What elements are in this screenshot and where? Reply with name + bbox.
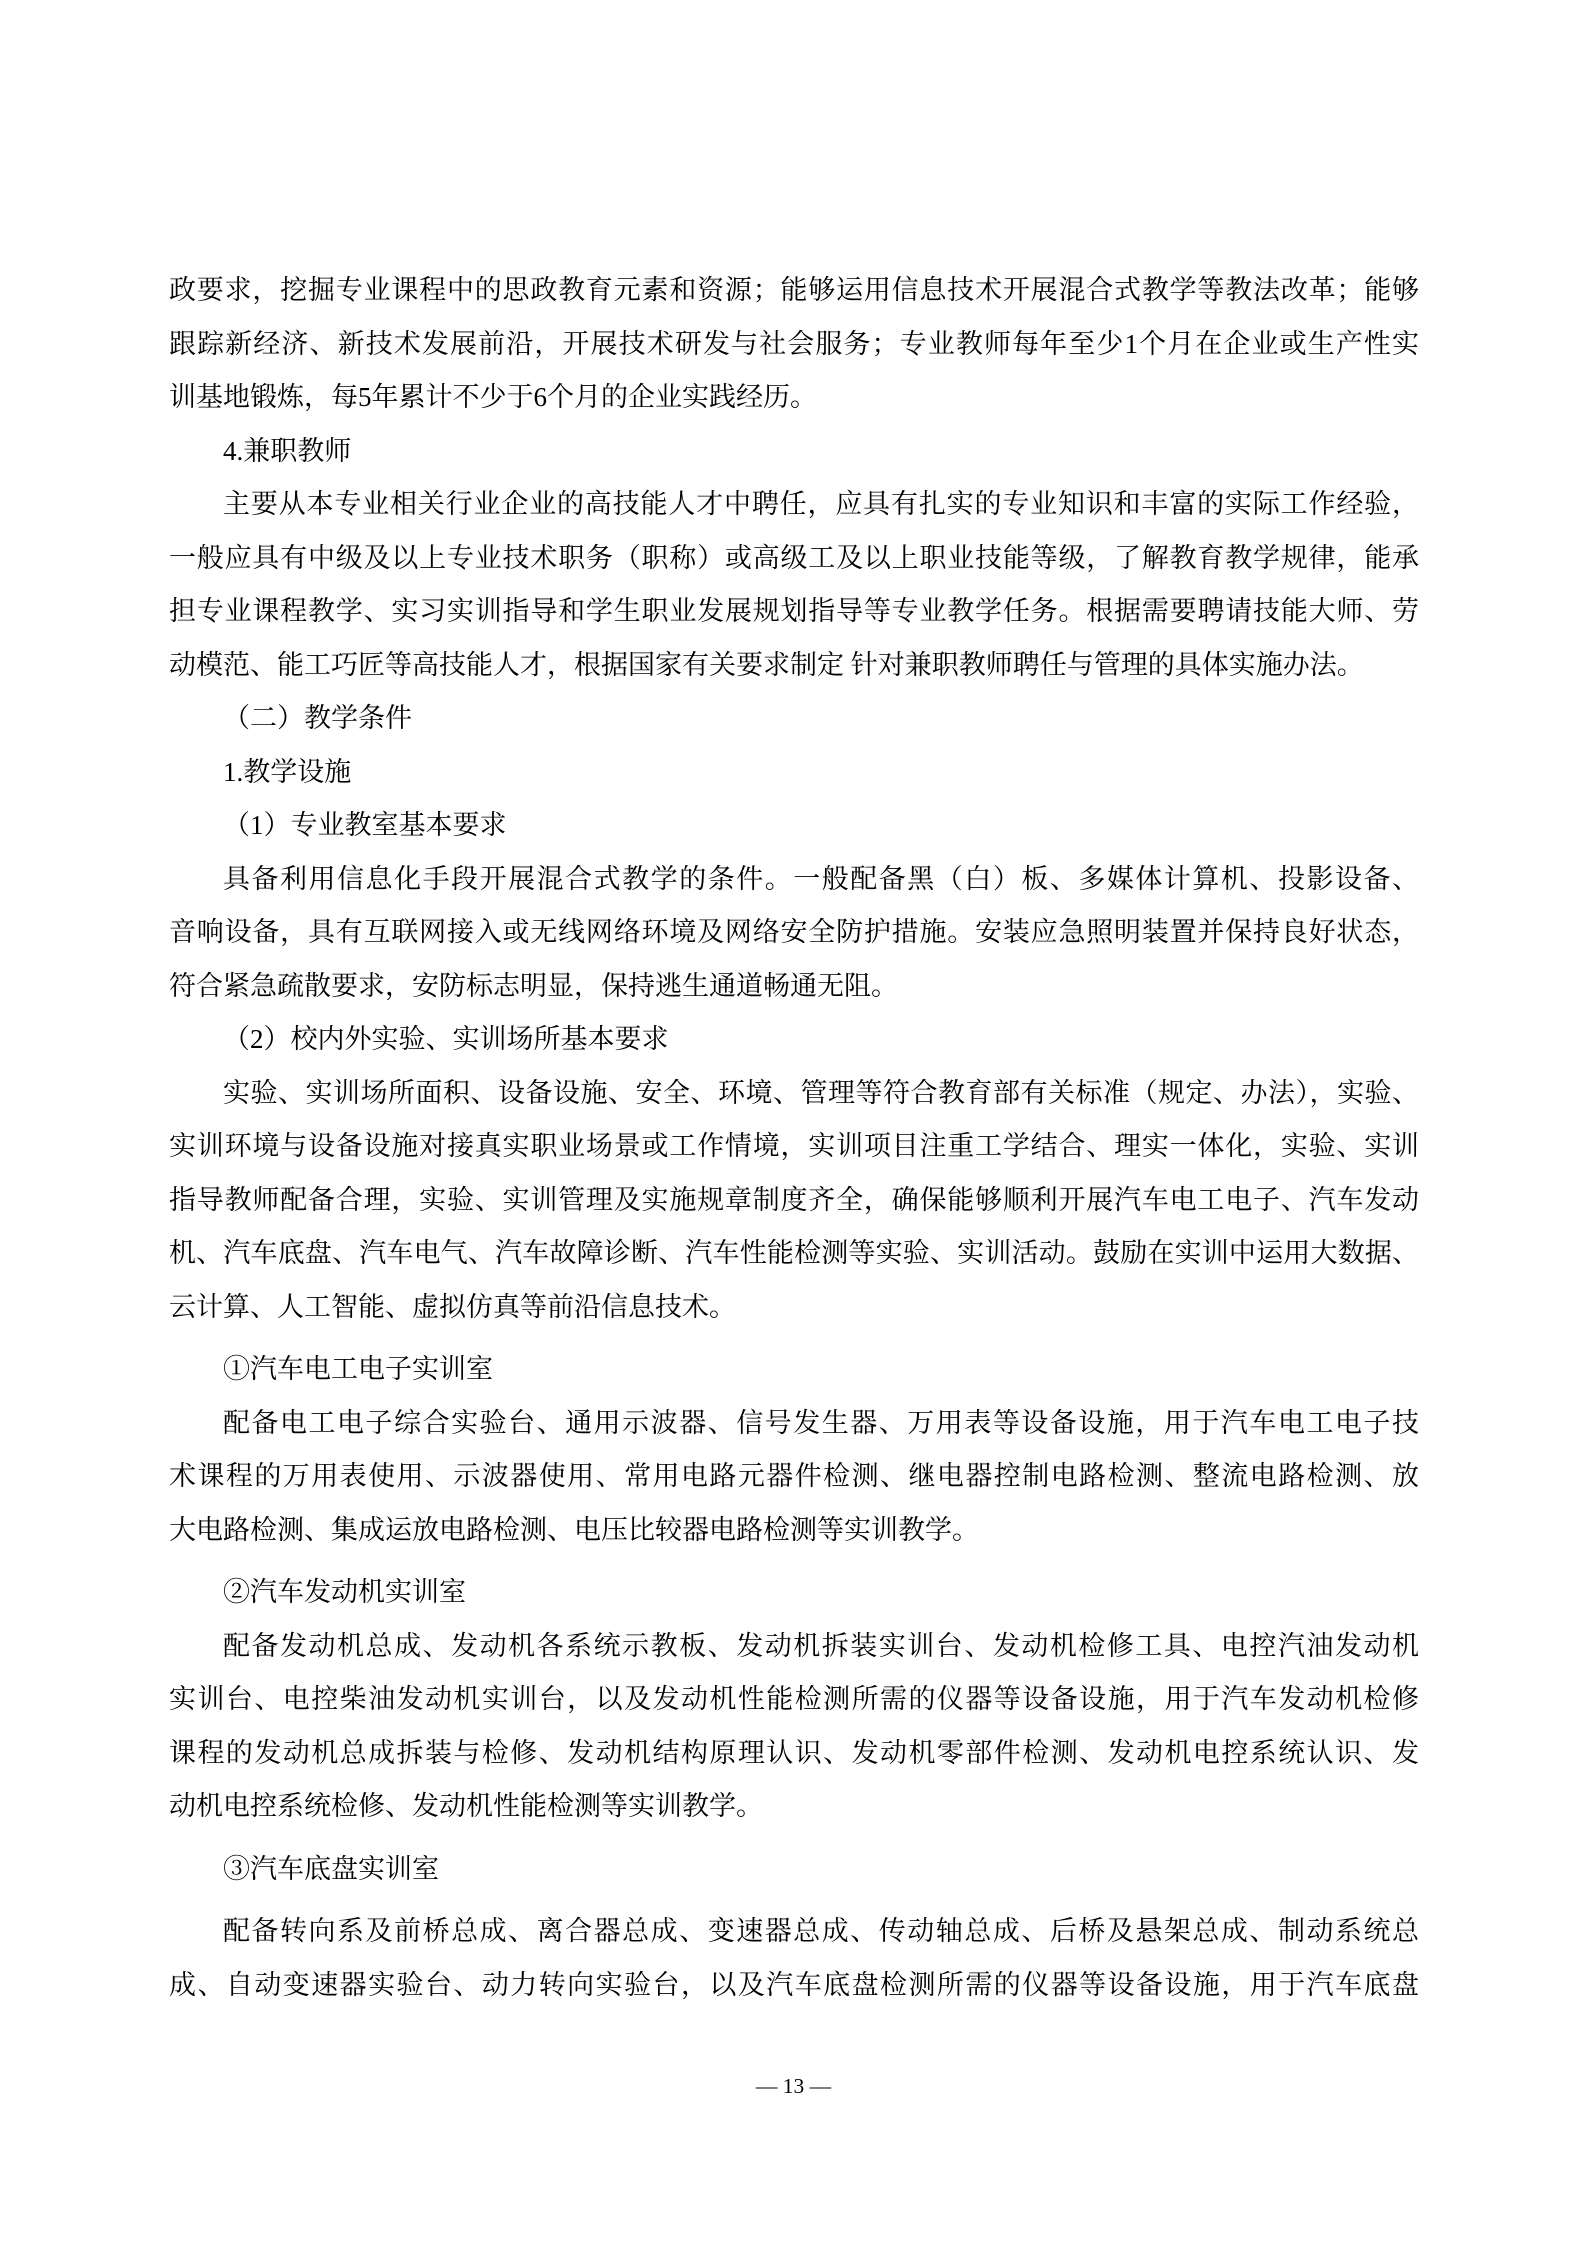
document-body: 政要求，挖掘专业课程中的思政教育元素和资源；能够运用信息技术开展混合式教学等教法… xyxy=(169,264,1419,2012)
circled-heading-line: ②汽车发动机实训室 xyxy=(169,1566,1419,1620)
heading-line: 1.教学设施 xyxy=(169,746,1419,800)
page-footer: — 13 — xyxy=(0,2072,1587,2100)
body-line: 符合紧急疏散要求，安防标志明显，保持逃生通道畅通无阻。 xyxy=(169,960,1419,1014)
body-line: 指导教师配备合理，实验、实训管理及实施规章制度齐全，确保能够顺利开展汽车电工电子… xyxy=(169,1174,1419,1228)
body-line: 跟踪新经济、新技术发展前沿，开展技术研发与社会服务；专业教师每年至少1个月在企业… xyxy=(169,318,1419,372)
body-line: 成、自动变速器实验台、动力转向实验台，以及汽车底盘检测所需的仪器等设备设施，用于… xyxy=(169,1959,1419,2013)
body-line: 政要求，挖掘专业课程中的思政教育元素和资源；能够运用信息技术开展混合式教学等教法… xyxy=(169,264,1419,318)
body-line: 术课程的万用表使用、示波器使用、常用电路元器件检测、继电器控制电路检测、整流电路… xyxy=(169,1450,1419,1504)
body-line: 云计算、人工智能、虚拟仿真等前沿信息技术。 xyxy=(169,1281,1419,1335)
circled-heading-line: ①汽车电工电子实训室 xyxy=(169,1343,1419,1397)
body-line: 训基地锻炼，每5年累计不少于6个月的企业实践经历。 xyxy=(169,371,1419,425)
body-line: 实训环境与设备设施对接真实职业场景或工作情境，实训项目注重工学结合、理实一体化，… xyxy=(169,1120,1419,1174)
heading-line: （2）校内外实验、实训场所基本要求 xyxy=(169,1013,1419,1067)
body-line: 具备利用信息化手段开展混合式教学的条件。一般配备黑（白）板、多媒体计算机、投影设… xyxy=(169,853,1419,907)
body-line: 实验、实训场所面积、设备设施、安全、环境、管理等符合教育部有关标准（规定、办法）… xyxy=(169,1067,1419,1121)
page-number: — 13 — xyxy=(756,2074,831,2098)
body-line: 主要从本专业相关行业企业的高技能人才中聘任，应具有扎实的专业知识和丰富的实际工作… xyxy=(169,478,1419,532)
document-page: 政要求，挖掘专业课程中的思政教育元素和资源；能够运用信息技术开展混合式教学等教法… xyxy=(0,0,1587,2245)
heading-line: （1）专业教室基本要求 xyxy=(169,799,1419,853)
circled-heading-line: ③汽车底盘实训室 xyxy=(169,1843,1419,1897)
body-line: 机、汽车底盘、汽车电气、汽车故障诊断、汽车性能检测等实验、实训活动。鼓励在实训中… xyxy=(169,1227,1419,1281)
body-line: 动机电控系统检修、发动机性能检测等实训教学。 xyxy=(169,1780,1419,1834)
body-line: 动模范、能工巧匠等高技能人才，根据国家有关要求制定 针对兼职教师聘任与管理的具体… xyxy=(169,639,1419,693)
heading-line: （二）教学条件 xyxy=(169,692,1419,746)
body-line: 配备转向系及前桥总成、离合器总成、变速器总成、传动轴总成、后桥及悬架总成、制动系… xyxy=(169,1905,1419,1959)
body-line: 课程的发动机总成拆装与检修、发动机结构原理认识、发动机零部件检测、发动机电控系统… xyxy=(169,1727,1419,1781)
body-line: 配备电工电子综合实验台、通用示波器、信号发生器、万用表等设备设施，用于汽车电工电… xyxy=(169,1397,1419,1451)
body-line: 担专业课程教学、实习实训指导和学生职业发展规划指导等专业教学任务。根据需要聘请技… xyxy=(169,585,1419,639)
body-line: 大电路检测、集成运放电路检测、电压比较器电路检测等实训教学。 xyxy=(169,1504,1419,1558)
body-line: 实训台、电控柴油发动机实训台，以及发动机性能检测所需的仪器等设备设施，用于汽车发… xyxy=(169,1673,1419,1727)
body-line: 一般应具有中级及以上专业技术职务（职称）或高级工及以上职业技能等级，了解教育教学… xyxy=(169,532,1419,586)
body-line: 配备发动机总成、发动机各系统示教板、发动机拆装实训台、发动机检修工具、电控汽油发… xyxy=(169,1620,1419,1674)
heading-line: 4.兼职教师 xyxy=(169,425,1419,479)
body-line: 音响设备，具有互联网接入或无线网络环境及网络安全防护措施。安装应急照明装置并保持… xyxy=(169,906,1419,960)
